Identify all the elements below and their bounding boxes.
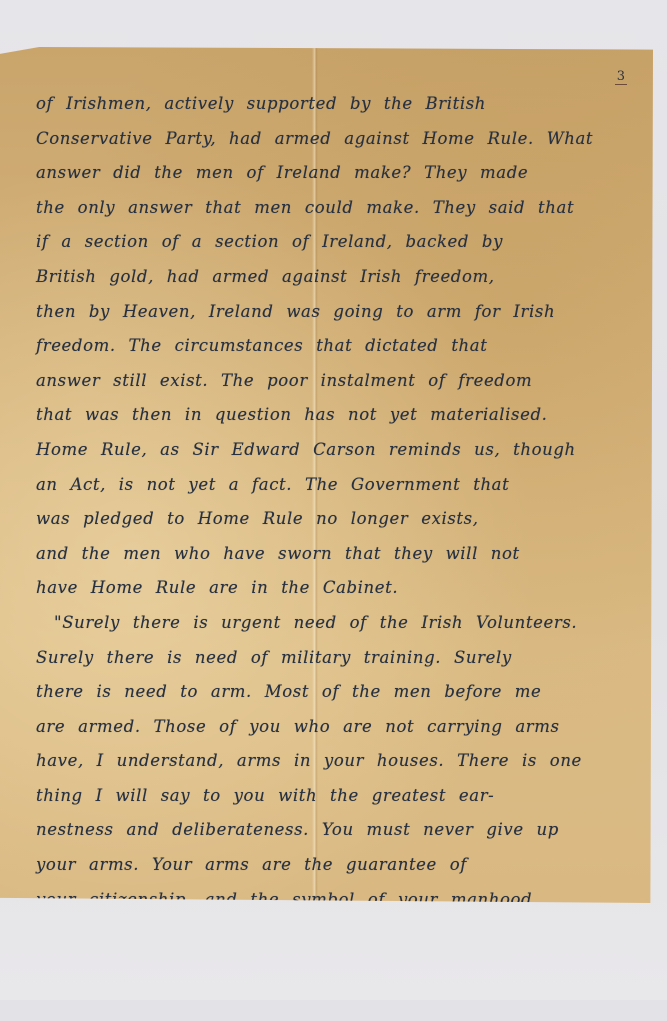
- text-line: your arms. Your arms are the guarantee o…: [36, 848, 636, 883]
- text-line: that was then in question has not yet ma…: [36, 398, 636, 433]
- text-line: and the men who have sworn that they wil…: [36, 537, 636, 572]
- text-line: if a section of a section of Ireland, ba…: [36, 225, 636, 260]
- text-line: "Surely there is urgent need of the Iris…: [36, 606, 636, 641]
- text-line: was pledged to Home Rule no longer exist…: [36, 502, 636, 537]
- text-line: have, I understand, arms in your houses.…: [36, 744, 636, 779]
- text-line: an Act, is not yet a fact. The Governmen…: [36, 468, 636, 503]
- text-line: Surely there is need of military trainin…: [36, 641, 636, 676]
- text-line: then by Heaven, Ireland was going to arm…: [36, 295, 636, 330]
- text-line: Home Rule, as Sir Edward Carson reminds …: [36, 433, 636, 468]
- handwritten-text-body: of Irishmen, actively supported by the B…: [36, 87, 636, 1000]
- text-line: nestness and deliberateness. You must ne…: [36, 813, 636, 848]
- text-line: are armed. Those of you who are not carr…: [36, 710, 636, 745]
- text-line: have Home Rule are in the Cabinet.: [36, 571, 636, 606]
- text-line: answer still exist. The poor instalment …: [36, 364, 636, 399]
- text-line: freedom. The circumstances that dictated…: [36, 329, 636, 364]
- text-line: thing I will say to you with the greates…: [36, 779, 636, 814]
- text-line: of Irishmen, actively supported by the B…: [36, 87, 636, 122]
- manuscript-page: 3 of Irishmen, actively supported by the…: [0, 47, 653, 903]
- text-line: answer did the men of Ireland make? They…: [36, 156, 636, 191]
- page-number: 3: [615, 69, 627, 85]
- text-line: British gold, had armed against Irish fr…: [36, 260, 636, 295]
- text-line: Conservative Party, had armed against Ho…: [36, 122, 636, 157]
- text-line: the only answer that men could make. The…: [36, 191, 636, 226]
- text-line: there is need to arm. Most of the men be…: [36, 675, 636, 710]
